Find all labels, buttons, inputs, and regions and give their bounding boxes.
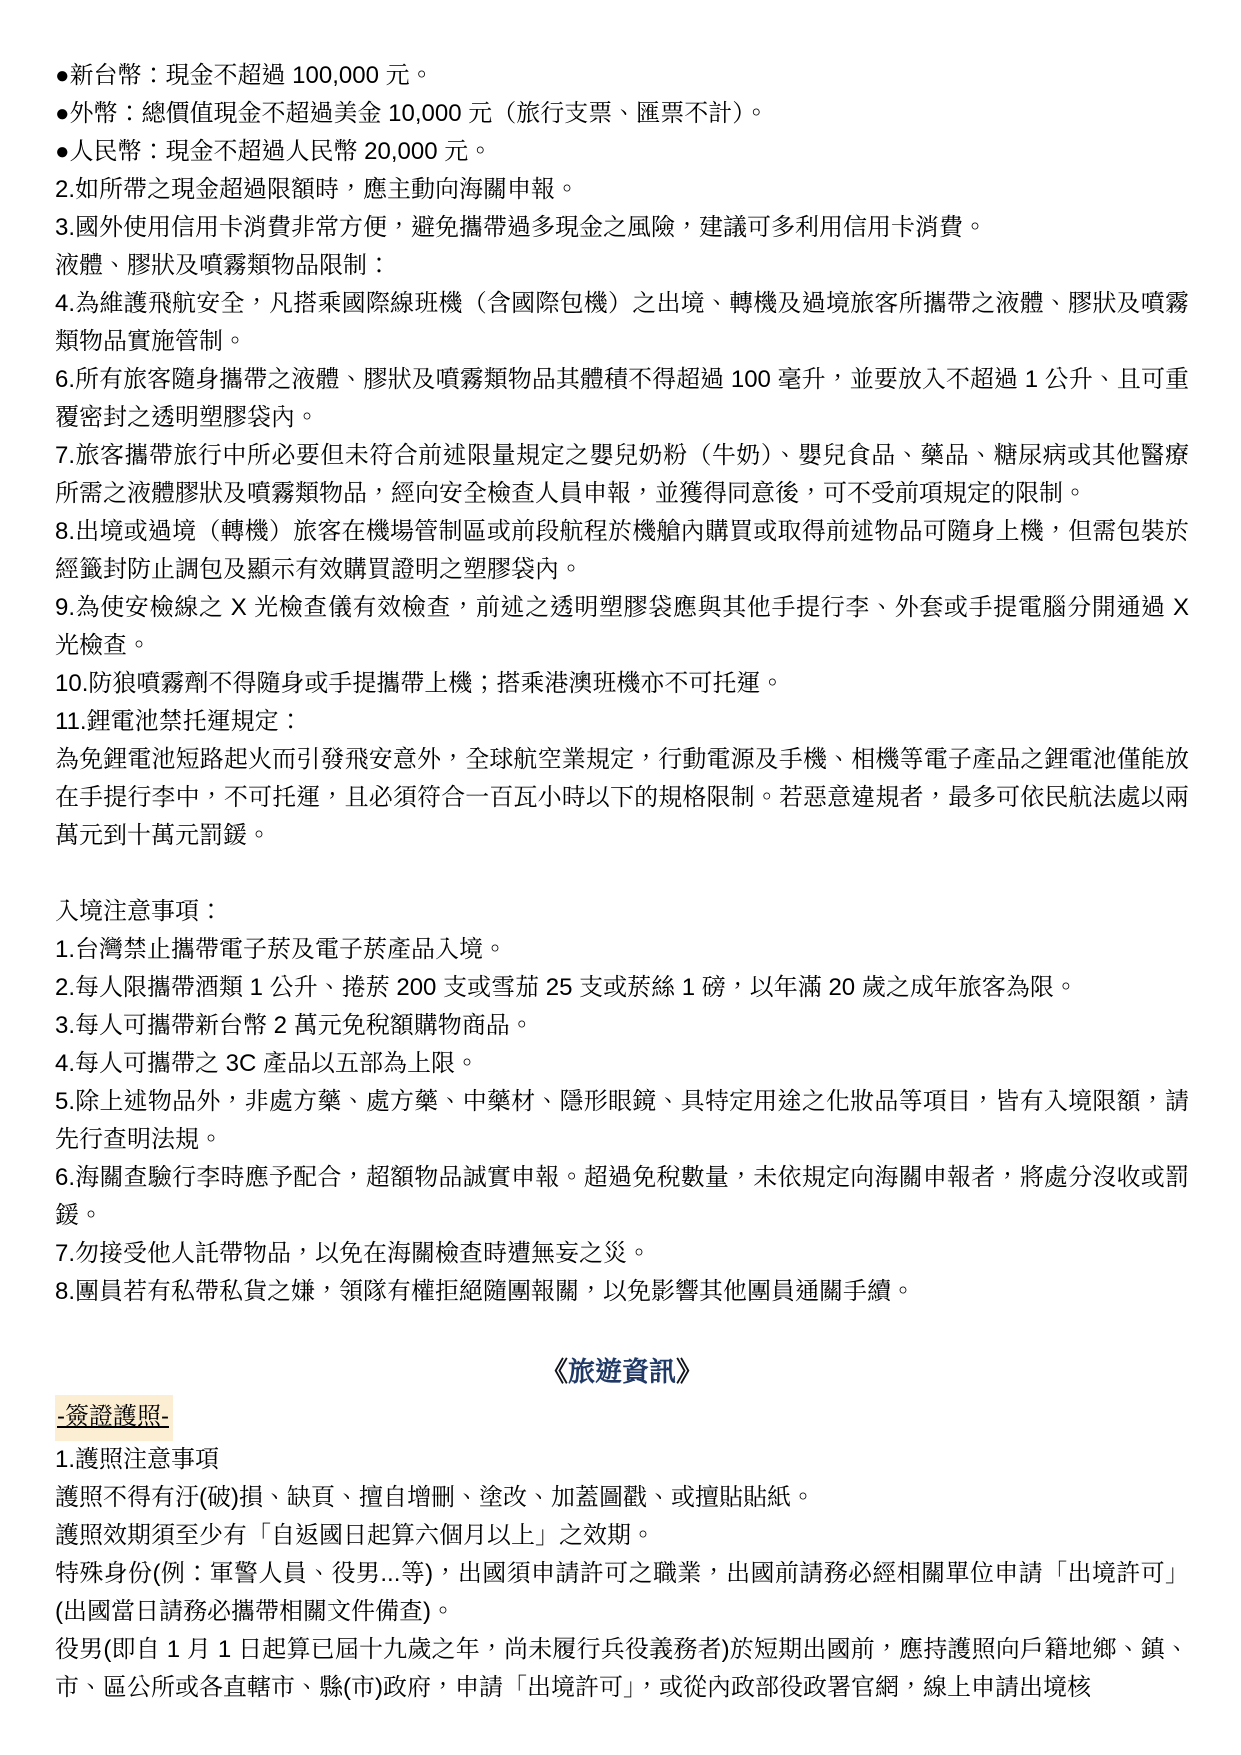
bullet-item-ntd: ●新台幣：現金不超過 100,000 元。 [55, 57, 1189, 95]
blank-line [55, 855, 1189, 893]
passport-note-validity: 護照效期須至少有「自返國日起算六個月以上」之效期。 [55, 1517, 1189, 1555]
visa-passport-label: -簽證護照- [55, 1395, 1189, 1441]
arrival-item-4: 4.每人可攜帶之 3C 產品以五部為上限。 [55, 1045, 1189, 1083]
arrival-item-5: 5.除上述物品外，非處方藥、處方藥、中藥材、隱形眼鏡、具特定用途之化妝品等項目，… [55, 1083, 1189, 1159]
document-page: ●新台幣：現金不超過 100,000 元。●外幣：總價值現金不超過美金 10,0… [0, 0, 1241, 1755]
customs-item-2: 2.如所帶之現金超過限額時，應主動向海關申報。 [55, 171, 1189, 209]
arrival-item-3: 3.每人可攜帶新台幣 2 萬元免稅額購物商品。 [55, 1007, 1189, 1045]
visa-passport-label-text: -簽證護照- [55, 1395, 173, 1441]
lithium-battery-note: 為免鋰電池短路起火而引發飛安意外，全球航空業規定，行動電源及手機、相機等電子產品… [55, 741, 1189, 855]
arrival-item-7: 7.勿接受他人託帶物品，以免在海關檢查時遭無妄之災。 [55, 1235, 1189, 1273]
heading-bracket-right: 》 [676, 1357, 703, 1387]
passport-notes-label: 1.護照注意事項 [55, 1441, 1189, 1479]
liquids-section-label: 液體、膠狀及噴霧類物品限制： [55, 247, 1189, 285]
arrival-item-1: 1.台灣禁止攜帶電子菸及電子菸產品入境。 [55, 931, 1189, 969]
blank-line [55, 1311, 1189, 1349]
bullet-item-foreign-currency: ●外幣：總價值現金不超過美金 10,000 元（旅行支票、匯票不計）。 [55, 95, 1189, 133]
liquids-item-10: 10.防狼噴霧劑不得隨身或手提攜帶上機；搭乘港澳班機亦不可托運。 [55, 665, 1189, 703]
passport-note-damage: 護照不得有汙(破)損、缺頁、擅自增刪、塗改、加蓋圖戳、或擅貼貼紙。 [55, 1479, 1189, 1517]
liquids-item-8: 8.出境或過境（轉機）旅客在機場管制區或前段航程於機艙內購買或取得前述物品可隨身… [55, 513, 1189, 589]
heading-title: 旅遊資訊 [568, 1357, 676, 1387]
document-content: ●新台幣：現金不超過 100,000 元。●外幣：總價值現金不超過美金 10,0… [55, 57, 1189, 1707]
passport-note-special-status: 特殊身份(例：軍警人員、役男...等)，出國須申請許可之職業，出國前請務必經相關… [55, 1555, 1189, 1631]
arrival-item-2: 2.每人限攜帶酒類 1 公升、捲菸 200 支或雪茄 25 支或菸絲 1 磅，以… [55, 969, 1189, 1007]
passport-note-conscript: 役男(即自 1 月 1 日起算已屆十九歲之年，尚未履行兵役義務者)於短期出國前，… [55, 1631, 1189, 1707]
travel-info-heading: 《旅遊資訊》 [55, 1349, 1189, 1395]
liquids-item-11: 11.鋰電池禁托運規定： [55, 703, 1189, 741]
liquids-item-9: 9.為使安檢線之 X 光檢查儀有效檢查，前述之透明塑膠袋應與其他手提行李、外套或… [55, 589, 1189, 665]
liquids-item-4: 4.為維護飛航安全，凡搭乘國際線班機（含國際包機）之出境、轉機及過境旅客所攜帶之… [55, 285, 1189, 361]
arrival-item-6: 6.海關查驗行李時應予配合，超額物品誠實申報。超過免稅數量，未依規定向海關申報者… [55, 1159, 1189, 1235]
arrival-item-8: 8.團員若有私帶私貨之嫌，領隊有權拒絕隨團報關，以免影響其他團員通關手續。 [55, 1273, 1189, 1311]
arrival-section-label: 入境注意事項： [55, 893, 1189, 931]
heading-bracket-left: 《 [541, 1357, 568, 1387]
bullet-item-rmb: ●人民幣：現金不超過人民幣 20,000 元。 [55, 133, 1189, 171]
liquids-item-7: 7.旅客攜帶旅行中所必要但未符合前述限量規定之嬰兒奶粉（牛奶）、嬰兒食品、藥品、… [55, 437, 1189, 513]
customs-item-3: 3.國外使用信用卡消費非常方便，避免攜帶過多現金之風險，建議可多利用信用卡消費。 [55, 209, 1189, 247]
liquids-item-6: 6.所有旅客隨身攜帶之液體、膠狀及噴霧類物品其體積不得超過 100 毫升，並要放… [55, 361, 1189, 437]
